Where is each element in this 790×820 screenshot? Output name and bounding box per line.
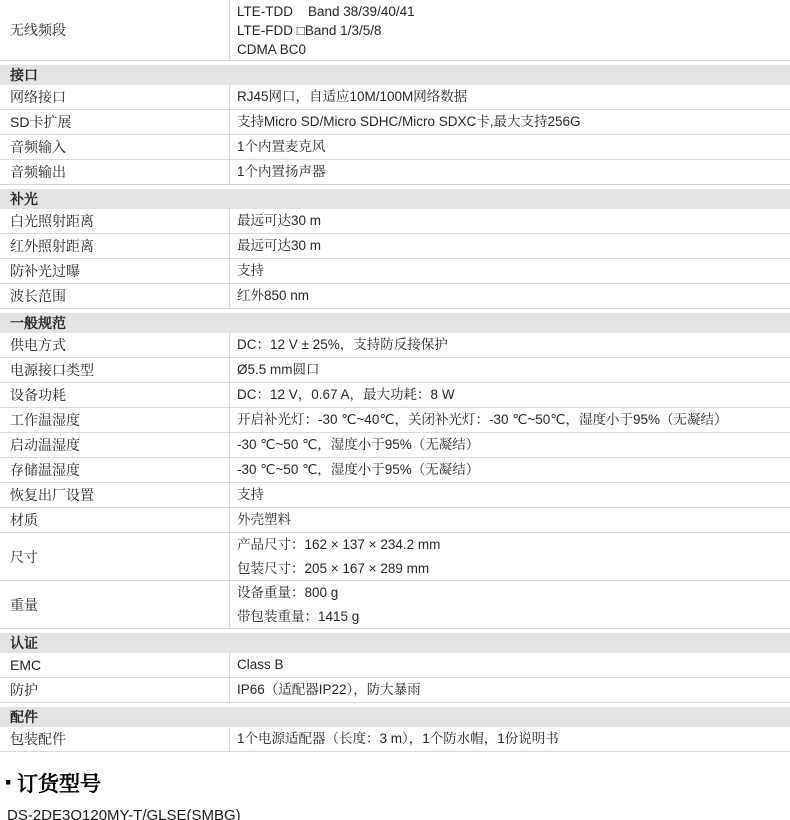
order-model-number: DS-2DE3Q120MY-T/GLSE(SMBG) [4,807,790,820]
table-row: 无线频段LTE-TDD Band 38/39/40/41LTE-FDD □Ban… [0,0,790,61]
section-header-label: 认证 [10,633,38,653]
table-row: 供电方式DC：12 V ± 25%，支持防反接保护 [0,333,790,358]
table-row: 重量设备重量：800 g带包装重量：1415 g [0,581,790,629]
value-line: -30 ℃~50 ℃，湿度小于95%（无凝结） [237,458,784,482]
table-row: 恢复出厂设置支持 [0,483,790,508]
table-row: 材质外壳塑料 [0,508,790,533]
row-value: 产品尺寸：162 × 137 × 234.2 mm包装尺寸：205 × 167 … [230,533,790,580]
section-header-label: 一般规范 [10,313,66,333]
row-label: 包装配件 [0,727,230,751]
section-header-label: 接口 [10,65,38,85]
row-value: DC：12 V，0.67 A，最大功耗：8 W [230,383,790,407]
row-label: 启动温湿度 [0,433,230,457]
table-row: 音频输出1个内置扬声器 [0,160,790,185]
table-row: 防护IP66（适配器IP22），防大暴雨 [0,678,790,703]
value-line: 最远可达30 m [237,234,784,258]
row-label: 无线频段 [0,0,230,60]
value-line: 1个内置麦克风 [237,135,784,159]
value-line: 最远可达30 m [237,209,784,233]
value-line: LTE-TDD Band 38/39/40/41 [237,2,784,21]
row-label: 白光照射距离 [0,209,230,233]
value-line: CDMA BC0 [237,40,784,59]
table-row: 白光照射距离最远可达30 m [0,209,790,234]
row-label: 电源接口类型 [0,358,230,382]
table-row: 网络接口RJ45网口，自适应10M/100M网络数据 [0,85,790,110]
value-line: 开启补光灯：-30 ℃~40℃，关闭补光灯：-30 ℃~50℃，湿度小于95%（… [237,408,784,432]
row-value: LTE-TDD Band 38/39/40/41LTE-FDD □Band 1/… [230,0,790,60]
row-label: 尺寸 [0,533,230,580]
table-row: EMCClass B [0,653,790,678]
row-label: 防护 [0,678,230,702]
row-label: 材质 [0,508,230,532]
row-label: 存储温湿度 [0,458,230,482]
table-row: 电源接口类型Ø5.5 mm圆口 [0,358,790,383]
section-header: 配件 [0,707,790,727]
row-label: 红外照射距离 [0,234,230,258]
row-label: 恢复出厂设置 [0,483,230,507]
value-line: DC：12 V ± 25%，支持防反接保护 [237,333,784,357]
row-label: 音频输出 [0,160,230,184]
row-value: 支持 [230,483,790,507]
row-label: 供电方式 [0,333,230,357]
value-line: RJ45网口，自适应10M/100M网络数据 [237,85,784,109]
table-row: 设备功耗DC：12 V，0.67 A，最大功耗：8 W [0,383,790,408]
section-header: 一般规范 [0,313,790,333]
value-line: 产品尺寸：162 × 137 × 234.2 mm [237,533,784,557]
order-model-heading: · 订货型号 [4,768,790,798]
table-row: 包装配件1个电源适配器（长度：3 m），1个防水帽，1份说明书 [0,727,790,752]
value-line: 支持Micro SD/Micro SDHC/Micro SDXC卡,最大支持25… [237,110,784,134]
row-value: DC：12 V ± 25%，支持防反接保护 [230,333,790,357]
row-label: 重量 [0,581,230,628]
row-value: 1个内置扬声器 [230,160,790,184]
value-line: 外壳塑料 [237,508,784,532]
value-line: 红外850 nm [237,284,784,308]
value-line: Ø5.5 mm圆口 [237,358,784,382]
value-line: 支持 [237,483,784,507]
row-label: EMC [0,653,230,677]
section-header: 补光 [0,189,790,209]
row-value: 外壳塑料 [230,508,790,532]
table-row: 工作温湿度开启补光灯：-30 ℃~40℃，关闭补光灯：-30 ℃~50℃，湿度小… [0,408,790,433]
table-row: 红外照射距离最远可达30 m [0,234,790,259]
row-value: RJ45网口，自适应10M/100M网络数据 [230,85,790,109]
row-label: 网络接口 [0,85,230,109]
row-value: 红外850 nm [230,284,790,308]
row-value: 最远可达30 m [230,234,790,258]
row-value: Ø5.5 mm圆口 [230,358,790,382]
table-row: 音频输入1个内置麦克风 [0,135,790,160]
section-header: 认证 [0,633,790,653]
order-section: · 订货型号 DS-2DE3Q120MY-T/GLSE(SMBG) [0,768,790,820]
row-label: 波长范围 [0,284,230,308]
section-header: 接口 [0,65,790,85]
row-value: -30 ℃~50 ℃，湿度小于95%（无凝结） [230,433,790,457]
bullet-icon: · [4,773,14,793]
row-value: 1个内置麦克风 [230,135,790,159]
value-line: DC：12 V，0.67 A，最大功耗：8 W [237,383,784,407]
spec-sheet-page: 无线频段LTE-TDD Band 38/39/40/41LTE-FDD □Ban… [0,0,790,820]
value-line: 设备重量：800 g [237,581,784,605]
row-value: 最远可达30 m [230,209,790,233]
row-label: 设备功耗 [0,383,230,407]
spec-table: 无线频段LTE-TDD Band 38/39/40/41LTE-FDD □Ban… [0,0,790,752]
table-row: 启动温湿度-30 ℃~50 ℃，湿度小于95%（无凝结） [0,433,790,458]
row-label: 工作温湿度 [0,408,230,432]
row-value: IP66（适配器IP22），防大暴雨 [230,678,790,702]
table-row: 尺寸产品尺寸：162 × 137 × 234.2 mm包装尺寸：205 × 16… [0,533,790,581]
row-value: 支持 [230,259,790,283]
row-value: 支持Micro SD/Micro SDHC/Micro SDXC卡,最大支持25… [230,110,790,134]
row-value: Class B [230,653,790,677]
row-label: 音频输入 [0,135,230,159]
table-row: 存储温湿度-30 ℃~50 ℃，湿度小于95%（无凝结） [0,458,790,483]
table-row: 波长范围红外850 nm [0,284,790,309]
value-line: IP66（适配器IP22），防大暴雨 [237,678,784,702]
value-line: Class B [237,653,784,677]
section-header-label: 配件 [10,707,38,727]
order-heading-label: 订货型号 [17,768,101,798]
row-value: 开启补光灯：-30 ℃~40℃，关闭补光灯：-30 ℃~50℃，湿度小于95%（… [230,408,790,432]
row-value: -30 ℃~50 ℃，湿度小于95%（无凝结） [230,458,790,482]
row-value: 1个电源适配器（长度：3 m），1个防水帽，1份说明书 [230,727,790,751]
table-row: SD卡扩展支持Micro SD/Micro SDHC/Micro SDXC卡,最… [0,110,790,135]
section-header-label: 补光 [10,189,38,209]
row-value: 设备重量：800 g带包装重量：1415 g [230,581,790,628]
value-line: -30 ℃~50 ℃，湿度小于95%（无凝结） [237,433,784,457]
value-line: 1个电源适配器（长度：3 m），1个防水帽，1份说明书 [237,727,784,751]
value-line: 包装尺寸：205 × 167 × 289 mm [237,557,784,581]
row-label: 防补光过曝 [0,259,230,283]
value-line: 1个内置扬声器 [237,160,784,184]
table-row: 防补光过曝支持 [0,259,790,284]
value-line: 支持 [237,259,784,283]
row-label: SD卡扩展 [0,110,230,134]
value-line: 带包装重量：1415 g [237,605,784,629]
value-line: LTE-FDD □Band 1/3/5/8 [237,21,784,40]
